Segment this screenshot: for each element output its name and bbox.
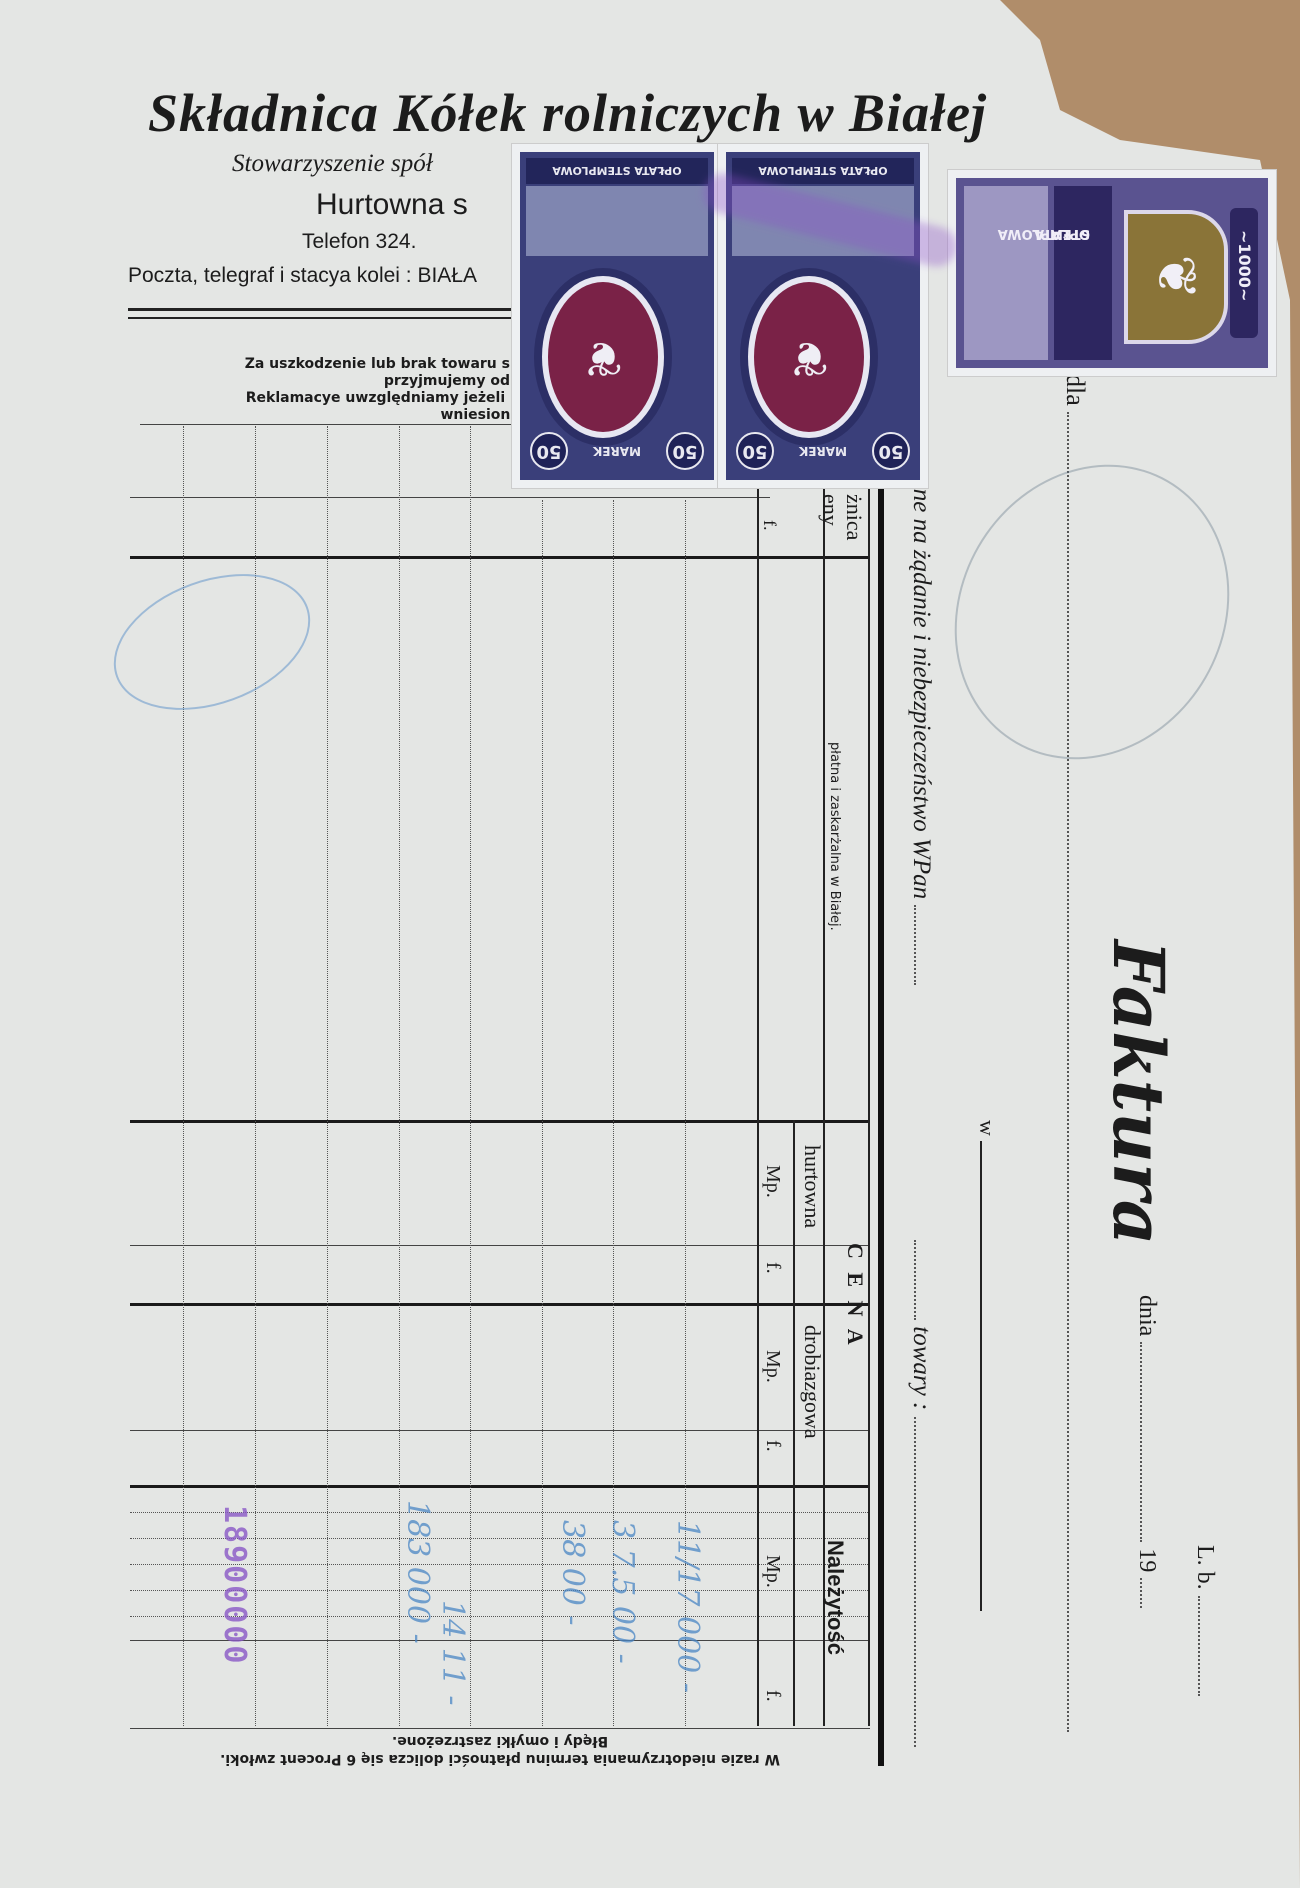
goods-field-prefix[interactable] xyxy=(914,1240,916,1320)
row-rule xyxy=(130,1728,870,1729)
stamp-label: OPŁATASTEMPLOWA xyxy=(1054,186,1112,360)
stamp-overprint xyxy=(964,186,1048,360)
notice-line: Za uszkodzenie lub brak towaru sp xyxy=(160,356,520,373)
col-rule xyxy=(868,486,870,1726)
stamp-oval: ❦ xyxy=(754,282,864,432)
company-subtitle: Stowarzyszenie spół xyxy=(232,150,433,178)
handwritten-amount: 11/17 000 - xyxy=(670,1520,705,1693)
wholesale-price-header: hurtowna xyxy=(799,1145,825,1228)
handwritten-amount: 3 7.5 00 - xyxy=(605,1520,640,1664)
lb-field: L. b. xyxy=(1191,1545,1218,1696)
customer-field[interactable] xyxy=(914,905,916,985)
stamp-value: 50 MAREK 50 xyxy=(736,432,910,470)
row-rule xyxy=(130,1245,870,1246)
w-field: w xyxy=(974,1120,1000,1611)
year-prefix: 19 xyxy=(1134,1548,1160,1572)
date-input[interactable] xyxy=(1140,1342,1142,1542)
stamp-label-line: STEMPLOWA xyxy=(998,224,1090,242)
post-address: Poczta, telegraf i stacya kolei : BIAŁA xyxy=(128,264,477,288)
goods-label: towary : xyxy=(908,1326,935,1410)
shipment-label: ...ne na żądanie i niebezpieczeństwo WPa… xyxy=(908,470,935,899)
stamp-denomination: ~1000~ xyxy=(1235,230,1254,301)
footer-line: W razie niedotrzymania terminu płatności… xyxy=(140,1750,860,1768)
col-rule xyxy=(470,426,471,1726)
phone-number: Telefon 324. xyxy=(302,230,416,254)
handwritten-amount: 38 00 - xyxy=(555,1520,590,1626)
col-header-line: eny xyxy=(818,494,842,540)
eagle-icon: ❦ xyxy=(583,333,623,381)
date-label: dnia xyxy=(1134,1295,1160,1336)
stamp-denomination: 50 xyxy=(736,432,774,470)
form-border xyxy=(878,486,884,1766)
row-rule xyxy=(130,1120,870,1123)
stamp-unit: MAREK xyxy=(593,444,641,458)
col-rule xyxy=(542,500,543,1726)
stamp-value: 50 MAREK 50 xyxy=(530,432,704,470)
row-rule xyxy=(130,1430,870,1431)
f-label: f. xyxy=(761,1262,784,1274)
revenue-stamp-50: OPŁATA STEMPLOWA ❦ 50 MAREK 50 xyxy=(512,144,722,488)
mp-label: Mp. xyxy=(761,1555,784,1588)
footer-line: Błędy i omyłki zastrzeżone. xyxy=(140,1732,860,1750)
w-label: w xyxy=(975,1120,1000,1136)
eagle-icon: ❦ xyxy=(1149,254,1203,299)
goods-field[interactable] xyxy=(914,1417,916,1747)
payable-note: płatna i zaskarżalna w Białej. xyxy=(827,742,842,931)
wholesale-label: Hurtowna s xyxy=(316,188,468,222)
row-rule xyxy=(130,556,870,559)
violet-numbering-stamp: 18900000 xyxy=(217,1505,252,1666)
stamp-denomination: 50 xyxy=(872,432,910,470)
date-field: dnia 19 xyxy=(1133,1295,1160,1608)
notice-line: przyjmujemy odp xyxy=(160,373,520,390)
stamp-oval: ❦ xyxy=(548,282,658,432)
notice-line: Reklamacye uwzględniamy jeżeli n xyxy=(160,390,520,407)
f-label: f. xyxy=(761,1690,784,1702)
stamp-label: OPŁATA STEMPLOWA xyxy=(526,158,708,184)
row-rule xyxy=(130,1485,870,1488)
stamp-overprint xyxy=(526,186,708,256)
goods-text: towary : xyxy=(907,1240,935,1747)
handwritten-amount: 14 11 - xyxy=(435,1600,470,1706)
stamp-label: OPŁATA STEMPLOWA xyxy=(732,158,914,184)
col-header-line: żnica xyxy=(842,494,866,540)
mp-label: Mp. xyxy=(761,1165,784,1198)
footer-notice: W razie niedotrzymania terminu płatności… xyxy=(140,1732,860,1768)
col-header-f: f. xyxy=(759,520,780,531)
shipment-text: ...ne na żądanie i niebezpieczeństwo WPa… xyxy=(907,470,935,985)
invoice-heading: Faktura xyxy=(1097,940,1180,1245)
damage-notice: Za uszkodzenie lub brak towaru sp przyjm… xyxy=(160,356,520,424)
mp-label: Mp. xyxy=(761,1350,784,1383)
col-rule xyxy=(793,1120,795,1726)
f-label: f. xyxy=(761,1440,784,1452)
stamp-value: ~1000~ xyxy=(1230,208,1258,338)
retail-price-header: drobiazgowa xyxy=(799,1325,825,1439)
stamp-denomination: 50 xyxy=(530,432,568,470)
lb-input[interactable] xyxy=(1198,1596,1200,1696)
year-input[interactable] xyxy=(1140,1578,1142,1608)
lb-label: L. b. xyxy=(1192,1545,1218,1590)
eagle-icon: ❦ xyxy=(789,333,829,381)
company-title: Składnica Kółek rolniczych w Białej xyxy=(148,82,987,144)
col-rule xyxy=(757,486,759,1726)
revenue-stamp-1000: OPŁATASTEMPLOWA ❦ ~1000~ xyxy=(948,170,1276,376)
dla-label: dla xyxy=(1061,374,1090,406)
price-header: C E N A xyxy=(842,1243,868,1349)
amount-due-header: Należytość xyxy=(822,1540,848,1655)
stamp-denomination: 50 xyxy=(666,432,704,470)
header-divider xyxy=(128,308,528,319)
col-header-partial: żnica eny xyxy=(818,494,866,540)
stamp-unit: MAREK xyxy=(799,444,847,458)
row-rule xyxy=(130,1303,870,1306)
row-rule xyxy=(130,497,770,498)
col-rule xyxy=(327,426,328,1726)
stamp-shield: ❦ xyxy=(1124,210,1228,344)
notice-line: wniesiono xyxy=(160,407,520,424)
place-field[interactable] xyxy=(980,1141,982,1611)
handwritten-amount: 183 000 - xyxy=(400,1500,435,1644)
